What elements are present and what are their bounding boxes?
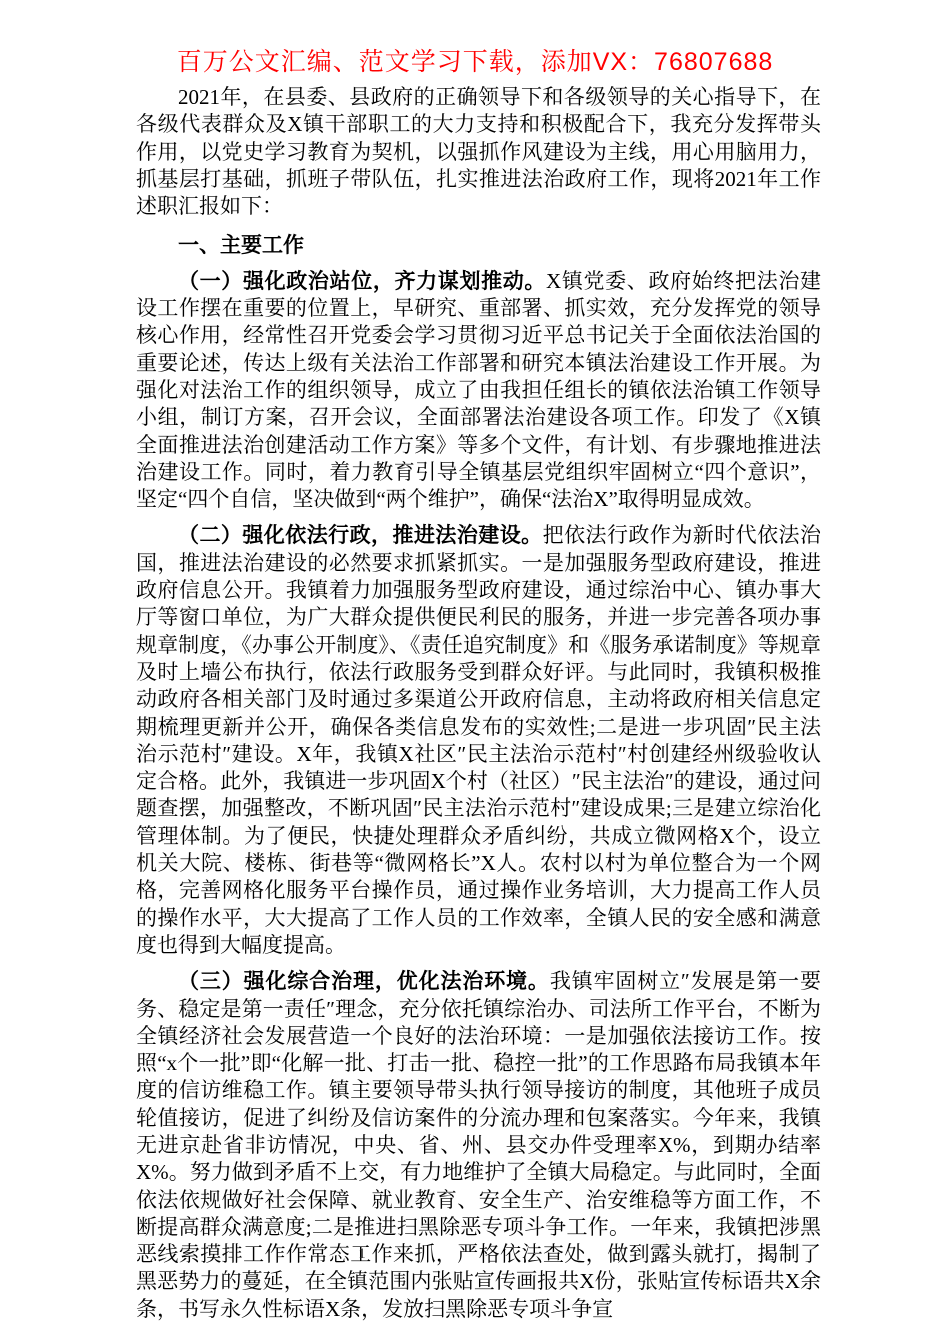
- page-number: 1: [350, 1246, 374, 1263]
- document-page: 百万公文汇编、范文学习下载，添加VX：76807688 2021年，在县委、县政…: [0, 0, 950, 1344]
- promo-header: 百万公文汇编、范文学习下载，添加VX：76807688: [0, 42, 950, 78]
- paragraph-1-text: X镇党委、政府始终把法治建设工作摆在重要的位置上，早研究、重部署、抓实效，充分发…: [136, 269, 821, 511]
- section-heading: 一、主要工作: [136, 232, 821, 259]
- paragraph-2-lead: （二）强化依法行政，推进法治建设。: [178, 524, 543, 547]
- paragraph-2-text: 把依法行政作为新时代依法治国，推进法治建设的必然要求抓紧抓实。一是加强服务型政府…: [136, 523, 821, 956]
- paragraph-3: （三）强化综合治理，优化法治环境。我镇牢固树立″发展是第一要务、稳定是第一责任″…: [136, 968, 821, 1323]
- paragraph-1: （一）强化政治站位，齐力谋划推动。X镇党委、政府始终把法治建设工作摆在重要的位置…: [136, 268, 821, 514]
- paragraph-1-lead: （一）强化政治站位，齐力谋划推动。: [178, 270, 546, 293]
- paragraph-2: （二）强化依法行政，推进法治建设。把依法行政作为新时代依法治国，推进法治建设的必…: [136, 522, 821, 959]
- paragraph-3-lead: （三）强化综合治理，优化法治环境。: [178, 970, 550, 993]
- paragraph-3-text: 我镇牢固树立″发展是第一要务、稳定是第一责任″理念，充分依托镇综治办、司法所工作…: [136, 969, 821, 1321]
- promo-header-text: 百万公文汇编、范文学习下载，添加VX：76807688: [177, 48, 774, 76]
- intro-paragraph: 2021年，在县委、县政府的正确领导下和各级领导的关心指导下，在各级代表群众及X…: [136, 84, 821, 220]
- document-body: 2021年，在县委、县政府的正确领导下和各级领导的关心指导下，在各级代表群众及X…: [136, 84, 821, 1332]
